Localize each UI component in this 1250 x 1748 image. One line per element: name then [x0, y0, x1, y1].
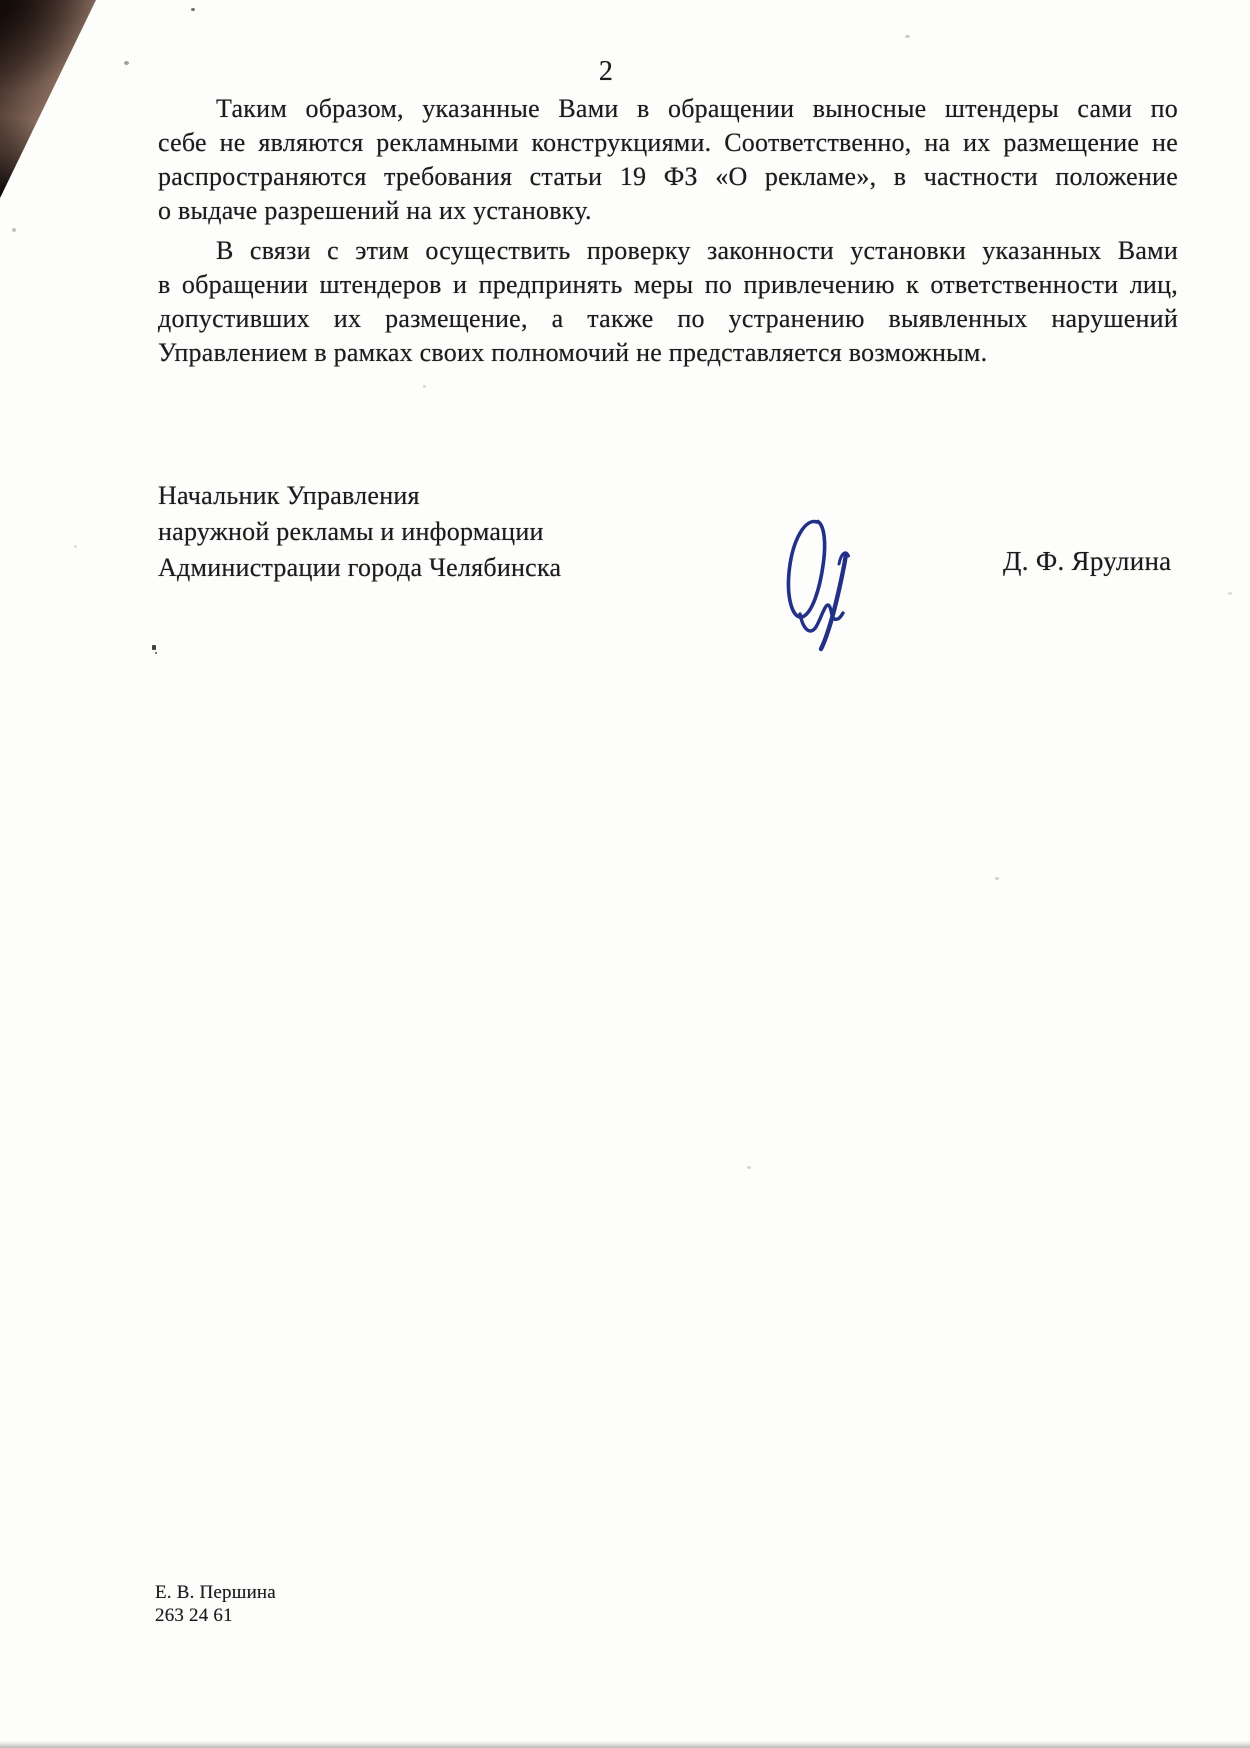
signature-loop-stroke	[788, 522, 824, 618]
paragraph: Таким образом, указанные Вами в обращени…	[158, 92, 1178, 228]
signature-slash-stroke	[821, 554, 846, 649]
page-number: 2	[576, 56, 636, 88]
scan-speck	[155, 652, 157, 654]
handwritten-signature-icon	[780, 510, 870, 652]
executor-footer: Е. В. Першина 263 24 61	[155, 1581, 276, 1627]
scan-bottom-edge-shadow	[0, 1741, 1250, 1748]
paragraph: В связи с этим осуществить проверку зако…	[158, 234, 1178, 370]
scan-speck	[747, 1166, 751, 1169]
scan-speck	[12, 228, 16, 232]
signatory-name: Д. Ф. Ярулина	[1003, 545, 1171, 577]
scan-speck	[152, 645, 156, 650]
scan-speck	[74, 545, 77, 548]
paragraph-line: о выдаче разрешений на их установку.	[158, 194, 1178, 228]
folded-corner-scan-artifact	[0, 0, 100, 200]
paragraph-line: себе не являются рекламными конструкциям…	[158, 126, 1178, 160]
scan-speck	[124, 61, 129, 65]
scanned-letter-page: 2 Таким образом, указанные Вами в обраще…	[0, 0, 1250, 1748]
executor-name: Е. В. Першина	[155, 1581, 276, 1604]
paragraph-line: в обращении штендеров и предпринять меры…	[158, 268, 1178, 302]
signatory-title-line: наружной рекламы и информации	[158, 514, 718, 550]
scan-speck	[995, 877, 999, 880]
paragraph-line: Таким образом, указанные Вами в обращени…	[158, 92, 1178, 126]
signatory-title-line: Администрации города Челябинска	[158, 550, 718, 586]
paragraph-line: В связи с этим осуществить проверку зако…	[158, 234, 1178, 268]
scan-speck	[423, 385, 426, 388]
executor-phone: 263 24 61	[155, 1604, 276, 1627]
letter-body: Таким образом, указанные Вами в обращени…	[158, 92, 1178, 370]
scan-speck	[1228, 592, 1232, 595]
paragraph-line: Управлением в рамках своих полномочий не…	[158, 336, 1178, 370]
paragraph-line: распространяются требования статьи 19 ФЗ…	[158, 160, 1178, 194]
signatory-title-line: Начальник Управления	[158, 478, 718, 514]
paragraph-line: допустивших их размещение, а также по ус…	[158, 302, 1178, 336]
scan-speck	[191, 8, 195, 11]
signatory-title: Начальник Управления наружной рекламы и …	[158, 478, 718, 586]
scan-speck	[905, 35, 910, 38]
